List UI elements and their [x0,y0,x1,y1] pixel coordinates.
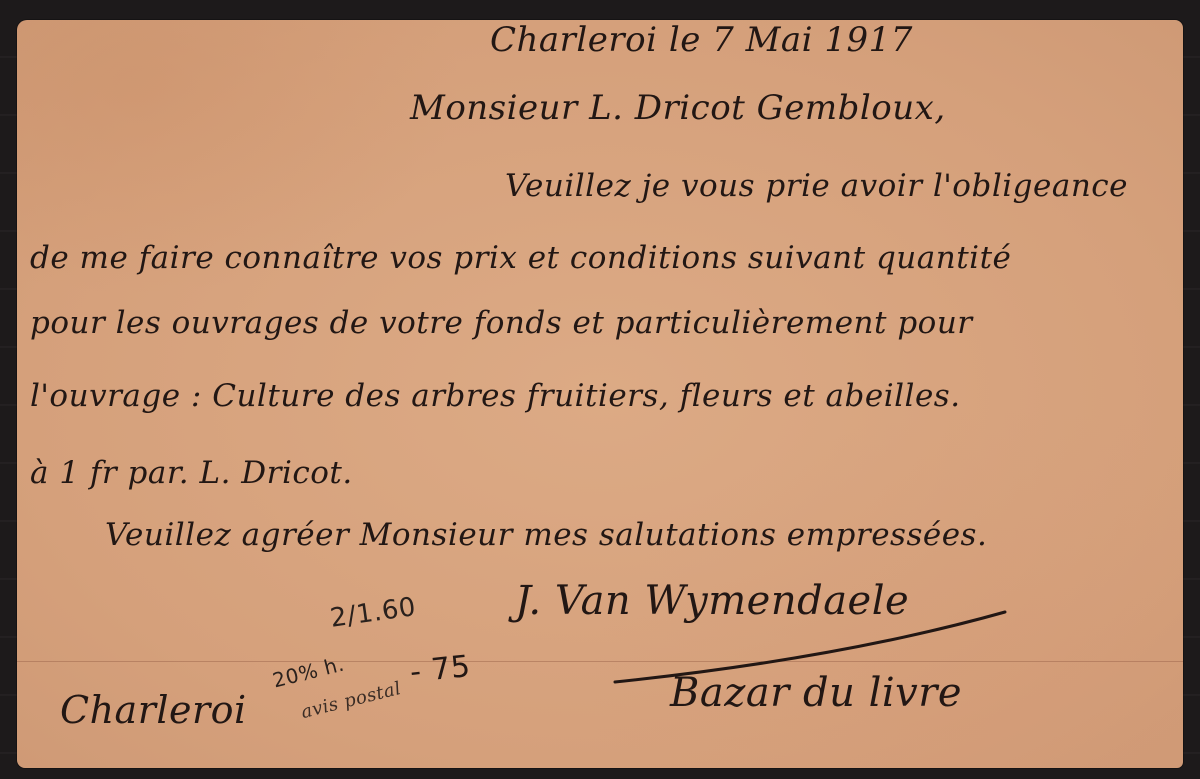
place-date-heading: Charleroi le 7 Mai 1917 [490,20,913,60]
signature-city: Charleroi [60,688,247,732]
salutation: Monsieur L. Dricot Gembloux, [410,88,946,128]
body-line-3: pour les ouvrages de votre fonds et part… [30,305,973,341]
business-name: Bazar du livre [670,670,962,716]
count-annotation: - 75 [408,649,472,690]
body-line-4: l'ouvrage : Culture des arbres fruitiers… [30,378,961,414]
body-line-1: Veuillez je vous prie avoir l'obligeance [505,168,1128,204]
body-line-5: à 1 fr par. L. Dricot. [30,455,353,491]
closing-line: Veuillez agréer Monsieur mes salutations… [105,517,987,553]
body-line-2: de me faire connaître vos prix et condit… [30,240,1011,276]
